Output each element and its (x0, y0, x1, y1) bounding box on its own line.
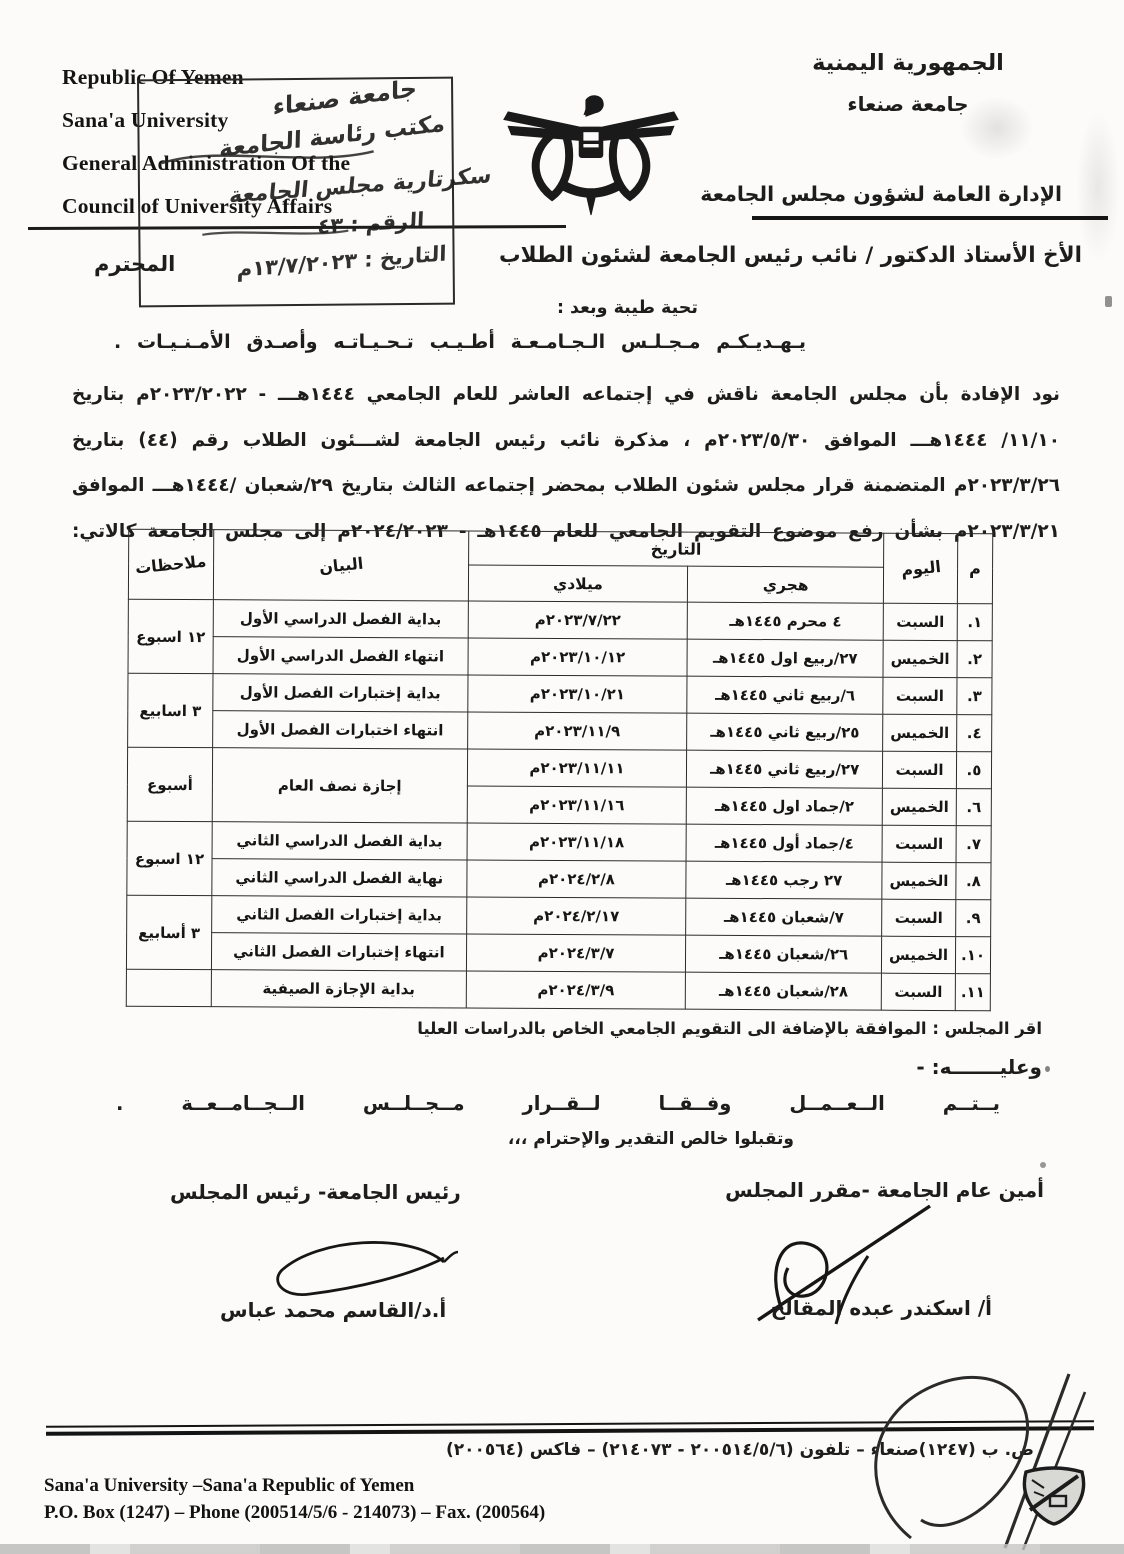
table-row: ٧.السبت٤/جماد أول ١٤٤٥هـ٢٠٢٣/١١/١٨مبداية… (127, 821, 991, 863)
scan-smudge (1076, 112, 1120, 262)
university-title: جامعة صنعاء (758, 92, 1058, 116)
stamp-swash-stroke (158, 145, 378, 173)
hijri-date-cell: ٤ محرم ١٤٤٥هـ (688, 602, 884, 640)
footer-contact-english: Sana'a University –Sana'a Republic of Ye… (44, 1472, 545, 1526)
gregorian-date-cell: ٢٠٢٤/٣/٩م (466, 971, 686, 1009)
description-cell: إجازة نصف العام (212, 748, 467, 823)
col-header-date: التاريخ (468, 531, 884, 567)
letter-body: نود الإفادة بأن مجلس الجامعة ناقش في إجت… (72, 372, 1060, 554)
notes-cell: ٣ اسابيع (128, 673, 213, 747)
table-row: ٣.السبت٦/ربيع ثاني ١٤٤٥هـ٢٠٢٣/١٠/٢١مبداي… (128, 673, 992, 715)
day-cell: السبت (883, 677, 957, 714)
arabic-letterhead: الجمهورية اليمنية جامعة صنعاء (758, 50, 1058, 116)
row-number-cell: ٣. (957, 678, 992, 715)
table-row: ٨.الخميس٢٧ رجب ١٤٤٥هـ٢٠٢٤/٢/٨منهاية الفص… (127, 858, 991, 900)
row-number-cell: ٤. (957, 715, 992, 752)
col-header-hijri: هجري (688, 566, 884, 603)
col-header-notes: ملاحظات (128, 529, 213, 599)
therefore-line: وعليـــــــه: - (916, 1055, 1042, 1079)
scan-edge-band (0, 1544, 1124, 1554)
honorific: المحترم (94, 252, 175, 276)
row-number-cell: ١. (957, 604, 992, 641)
day-cell: الخميس (882, 788, 956, 825)
secretary-general-name: أ/ اسكندر عبده المقالح (771, 1296, 992, 1320)
day-cell: السبت (881, 973, 955, 1010)
gregorian-date-cell: ٢٠٢٤/٢/١٧م (466, 897, 686, 935)
table-row: ٥.السبت٢٧/ربيع ثاني ١٤٤٥هـ٢٠٢٣/١١/١١مإجا… (127, 747, 991, 789)
col-header-num: م (957, 534, 992, 604)
row-number-cell: ١٠. (955, 937, 990, 974)
day-cell: السبت (883, 603, 957, 640)
description-cell: بداية الفصل الدراسي الثاني (212, 822, 467, 860)
registry-stamp-box: جامعة صنعاء مكتب رئاسة الجامعة سكرتارية … (137, 77, 455, 308)
col-header-gregorian: ميلادي (468, 565, 688, 602)
hijri-date-cell: ٧/شعبان ١٤٤٥هـ (686, 898, 882, 936)
table-row: ١.السبت٤ محرم ١٤٤٥هـ٢٠٢٣/٧/٢٢مبداية الفص… (128, 599, 992, 641)
table-row: ٢.الخميس٢٧/ربيع اول ١٤٤٥هـ٢٠٢٣/١٠/١٢مانت… (128, 636, 992, 678)
stamp-handwriting: جامعة صنعاء (272, 74, 416, 121)
opening-line: يـهـديـكـم مـجـلـس الـجـامـعـة أطـيـب تـ… (114, 331, 806, 353)
stamp-date: التاريخ : ١٣/٧/٢٠٢٣م (236, 241, 446, 282)
notes-cell: ١٢ اسبوع (127, 821, 212, 895)
row-number-cell: ١١. (955, 974, 990, 1011)
body-line: ١١/١٠/ ١٤٤٤هـــ الموافق ٢٠٢٣/٥/٣٠م ، مذك… (72, 418, 1060, 464)
gregorian-date-cell: ٢٠٢٣/١١/١٨م (467, 823, 687, 861)
hijri-date-cell: ٢٥/ربيع ثاني ١٤٤٥هـ (687, 713, 883, 751)
hijri-date-cell: ٢٨/شعبان ١٤٤٥هـ (686, 972, 882, 1010)
row-number-cell: ٢. (957, 641, 992, 678)
description-cell: بداية إختبارات الفصل الأول (213, 674, 468, 712)
body-line: نود الإفادة بأن مجلس الجامعة ناقش في إجت… (72, 372, 1060, 418)
day-cell: السبت (882, 751, 956, 788)
table-row: ١١.السبت٢٨/شعبان ١٤٤٥هـ٢٠٢٤/٣/٩مبداية ال… (126, 969, 990, 1011)
description-cell: بداية الفصل الدراسي الأول (213, 600, 468, 638)
footer-english-line: P.O. Box (1247) – Phone (200514/5/6 - 21… (44, 1499, 545, 1526)
hijri-date-cell: ٢٧/ربيع ثاني ١٤٤٥هـ (687, 750, 883, 788)
notes-cell: أسبوع (127, 747, 212, 821)
row-number-cell: ٨. (956, 863, 991, 900)
gregorian-date-cell: ٢٠٢٣/١٠/٢١م (467, 675, 687, 713)
table-row: ١٠.الخميس٢٦/شعبان ١٤٤٥هـ٢٠٢٤/٣/٧مانتهاء … (126, 932, 990, 974)
notes-cell: ٣ أسابيع (126, 895, 211, 969)
republic-title: الجمهورية اليمنية (758, 50, 1058, 76)
gregorian-date-cell: ٢٠٢٣/١١/١٦م (467, 786, 687, 824)
col-header-day: اليوم (883, 533, 957, 603)
scan-speck (1045, 1066, 1050, 1072)
scanned-letter-page: Republic Of Yemen Sana'a University Gene… (0, 0, 1124, 1554)
day-cell: الخميس (883, 714, 957, 751)
description-cell: بداية الإجازة الصيفية (211, 970, 466, 1008)
gregorian-date-cell: ٢٠٢٣/١١/٩م (467, 712, 687, 750)
stamp-ref-stroke (200, 226, 350, 241)
table-row: ٩.السبت٧/شعبان ١٤٤٥هـ٢٠٢٤/٢/١٧مبداية إخت… (127, 895, 991, 937)
description-cell: انتهاء الفصل الدراسي الأول (213, 637, 468, 675)
description-cell: بداية إختبارات الفصل الثاني (212, 896, 467, 934)
row-number-cell: ٦. (956, 789, 991, 826)
university-president-name: أ.د/القاسم محمد عباس (220, 1298, 446, 1322)
hijri-date-cell: ٢٧/ربيع اول ١٤٤٥هـ (687, 639, 883, 677)
description-cell: انتهاء إختبارات الفصل الثاني (211, 933, 466, 971)
action-line: يــتــم الــعــمــل وفــقــا لــقــرار م… (116, 1092, 1000, 1115)
department-title: الإدارة العامة لشؤون مجلس الجامعة (700, 182, 1062, 206)
hijri-date-cell: ٤/جماد أول ١٤٤٥هـ (686, 824, 882, 862)
body-line: ٢٠٢٣/٣/٢٦م المتضمنة قرار مجلس شئون الطلا… (72, 463, 1060, 509)
university-president-title: رئيس الجامعة- رئيس المجلس (170, 1180, 461, 1204)
header-divider (752, 216, 1108, 220)
addressee-line: الأخ الأستاذ الدكتور / نائب رئيس الجامعة… (499, 243, 1082, 268)
regards-line: وتقبلوا خالص التقدير والإحترام ،،، (508, 1129, 794, 1149)
day-cell: الخميس (881, 936, 955, 973)
col-header-desc: البيان (213, 530, 468, 601)
scan-speck (1040, 1162, 1046, 1168)
university-shield-logo-icon (1016, 1466, 1092, 1526)
academic-calendar-table: م اليوم التاريخ البيان ملاحظات هجري ميلا… (126, 529, 993, 1012)
gregorian-date-cell: ٢٠٢٣/١٠/١٢م (468, 638, 688, 676)
hijri-date-cell: ٢٦/شعبان ١٤٤٥هـ (686, 935, 882, 973)
footer-english-line: Sana'a University –Sana'a Republic of Ye… (44, 1472, 545, 1499)
notes-cell: ١٢ اسبوع (128, 599, 213, 673)
council-resolution-line: اقر المجلس : الموافقة بالإضافة الى التقو… (417, 1019, 1042, 1038)
row-number-cell: ٧. (956, 826, 991, 863)
hijri-date-cell: ٢٧ رجب ١٤٤٥هـ (686, 861, 882, 899)
gregorian-date-cell: ٢٠٢٣/١١/١١م (467, 749, 687, 787)
description-cell: نهاية الفصل الدراسي الثاني (212, 859, 467, 897)
calendar-table-body: ١.السبت٤ محرم ١٤٤٥هـ٢٠٢٣/٧/٢٢مبداية الفص… (126, 599, 992, 1011)
hijri-date-cell: ٦/ربيع ثاني ١٤٤٥هـ (687, 676, 883, 714)
yemen-eagle-emblem-icon (498, 84, 684, 226)
row-number-cell: ٥. (956, 752, 991, 789)
scan-speck (1105, 296, 1112, 307)
day-cell: الخميس (882, 862, 956, 899)
gregorian-date-cell: ٢٠٢٤/٢/٨م (466, 860, 686, 898)
row-number-cell: ٩. (956, 900, 991, 937)
day-cell: السبت (882, 899, 956, 936)
table-row: ٤.الخميس٢٥/ربيع ثاني ١٤٤٥هـ٢٠٢٣/١١/٩مانت… (128, 710, 992, 752)
day-cell: السبت (882, 825, 956, 862)
notes-cell (126, 969, 211, 1006)
hijri-date-cell: ٢/جماد اول ١٤٤٥هـ (687, 787, 883, 825)
day-cell: الخميس (883, 640, 957, 677)
gregorian-date-cell: ٢٠٢٣/٧/٢٢م (468, 601, 688, 639)
gregorian-date-cell: ٢٠٢٤/٣/٧م (466, 934, 686, 972)
greeting-line: تحية طيبة وبعد : (557, 298, 698, 318)
table-header-row: م اليوم التاريخ البيان ملاحظات (129, 529, 993, 568)
description-cell: انتهاء اختبارات الفصل الأول (213, 711, 468, 749)
